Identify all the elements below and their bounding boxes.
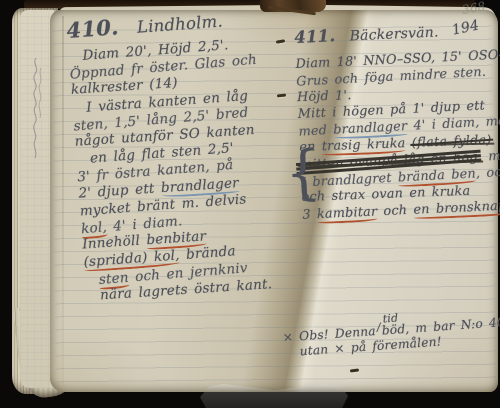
handwritten-text: Höjd 1'. <box>297 88 352 105</box>
folded-page-edge <box>20 10 54 388</box>
folded-page-writing-squiggle <box>26 54 46 166</box>
entry-410-title: Lindholm. <box>136 12 223 37</box>
struck-text: (flata fylda) <box>411 133 491 151</box>
notebook-photo: 368 194 410. Lindholm. Diam 20', Höjd 2,… <box>0 0 500 408</box>
insertion-caret: ∕ <box>376 320 381 335</box>
page-crease <box>62 16 64 386</box>
entry-411-body: Diam 18' NNO–SSO, 15' OSO–VNVGrus och fö… <box>295 48 500 225</box>
handwritten-text: , och <box>475 164 500 181</box>
margin-brace: { <box>284 144 322 204</box>
entry-411-number: 411. <box>294 26 336 47</box>
inserted-word: tid <box>382 310 399 326</box>
entry-410-number: 410. <box>66 14 120 43</box>
handwritten-text: Innehöll <box>82 232 147 252</box>
red-underlined-text: kambitar <box>317 205 378 225</box>
entry-411-title: Bäckersvän. <box>349 24 439 44</box>
handwritten-text: och <box>377 203 414 220</box>
handwritten-text: med <box>298 123 334 140</box>
handwritten-text: 3 <box>302 207 317 223</box>
entry-411: 411. Bäckersvän. Diam 18' NNO–SSO, 15' O… <box>294 21 500 225</box>
